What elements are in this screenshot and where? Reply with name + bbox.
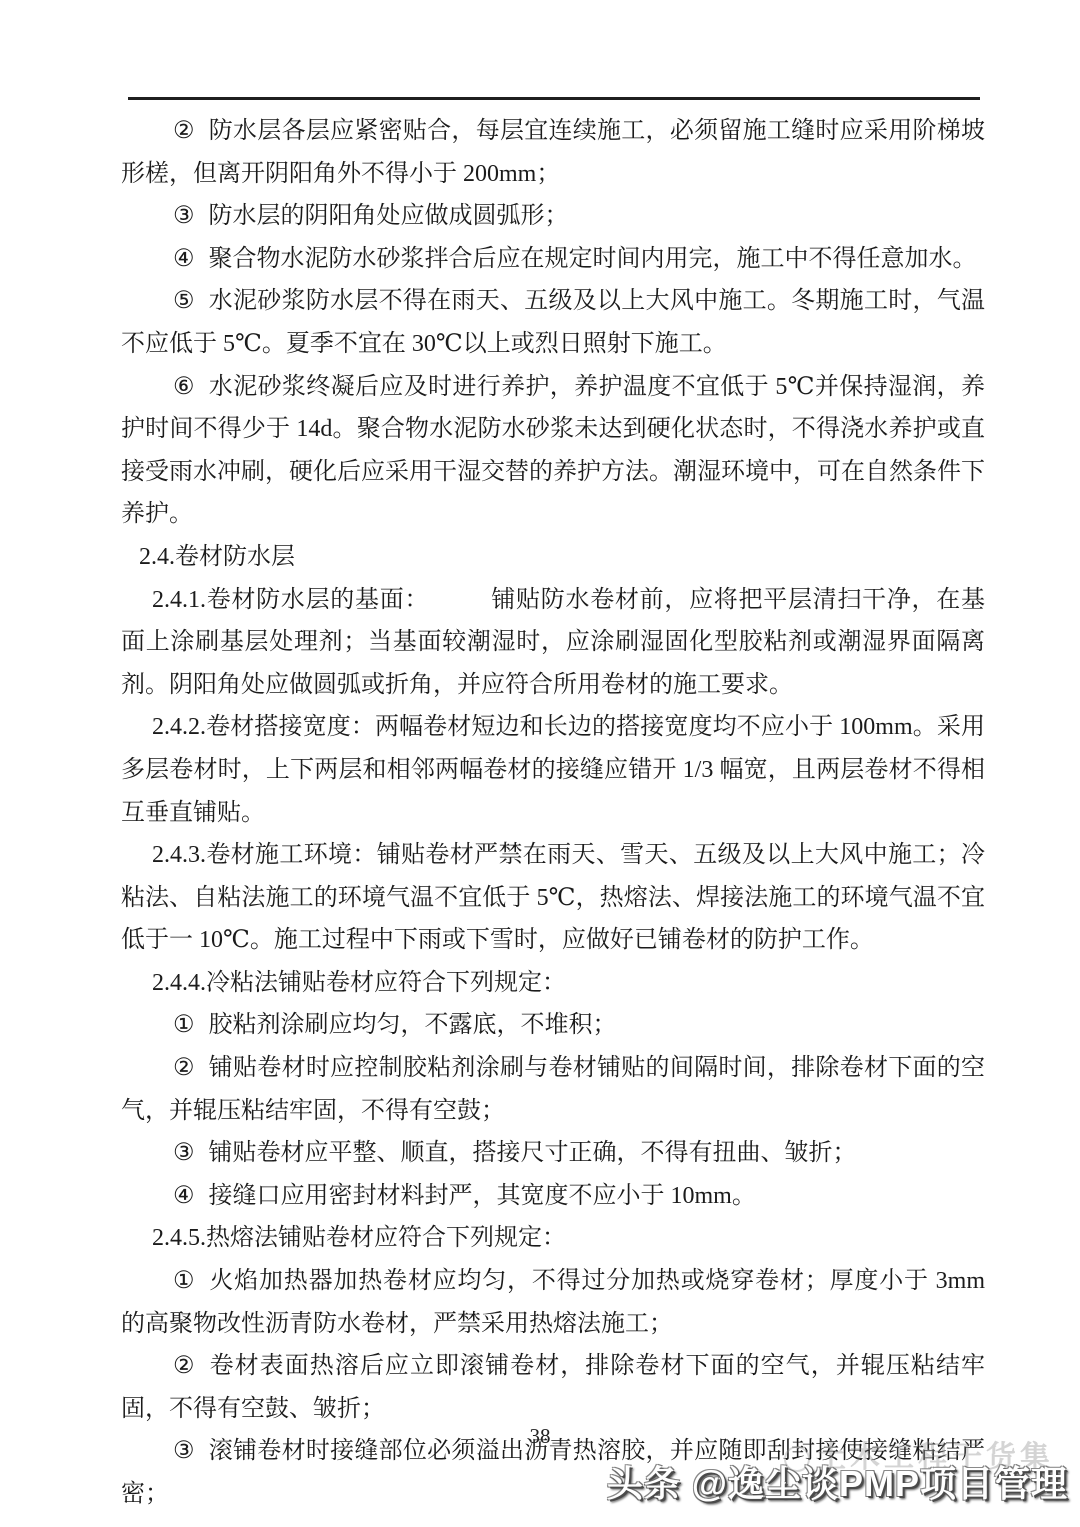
list-item-text: 胶粘剂涂刷应均匀，不露底，不堆积； [209, 1012, 617, 1038]
list-item-text: 接缝口应用密封材料封严，其宽度不应小于 10mm。 [209, 1183, 756, 1209]
list-marker: ③ [173, 1140, 195, 1166]
document-page: ②防水层各层应紧密贴合，每层宜连续施工，必须留施工缝时应采用阶梯坡形槎，但离开阴… [0, 0, 1080, 1527]
section-paragraph: 2.4.2.卷材搭接宽度：两幅卷材短边和长边的搭接宽度均不应小于 100mm。采… [121, 706, 985, 834]
list-item: ④聚合物水泥防水砂浆拌合后应在规定时间内用完，施工中不得任意加水。 [121, 238, 985, 281]
list-item-text: 聚合物水泥防水砂浆拌合后应在规定时间内用完，施工中不得任意加水。 [209, 246, 977, 272]
list-item-text: 铺贴卷材应平整、顺直，搭接尺寸正确，不得有扭曲、皱折； [209, 1140, 857, 1166]
document-body: ②防水层各层应紧密贴合，每层宜连续施工，必须留施工缝时应采用阶梯坡形槎，但离开阴… [121, 110, 985, 1516]
list-marker: ② [173, 1055, 195, 1081]
list-marker: ① [173, 1012, 195, 1038]
section-heading: 2.4.卷材防水层 [121, 536, 985, 579]
list-marker: ④ [173, 1183, 195, 1209]
list-marker: ④ [173, 246, 195, 272]
list-item: ③防水层的阴阳角处应做成圆弧形； [121, 195, 985, 238]
section-paragraph: 2.4.3.卷材施工环境：铺贴卷材严禁在雨天、雪天、五级及以上大风中施工；冷粘法… [121, 834, 985, 962]
section-paragraph: 2.4.1.卷材防水层的基面： 铺贴防水卷材前，应将把平层清扫干净，在基面上涂刷… [121, 579, 985, 707]
list-item: ⑥水泥砂浆终凝后应及时进行养护，养护温度不宜低于 5℃并保持湿润，养护时间不得少… [121, 366, 985, 536]
section-paragraph: 2.4.5.热熔法铺贴卷材应符合下列规定： [121, 1217, 985, 1260]
list-marker: ⑤ [173, 288, 195, 314]
list-marker: ② [173, 1353, 196, 1379]
list-item-text: 火焰加热器加热卷材应均匀，不得过分加热或烧穿卷材；厚度小于 3mm 的高聚物改性… [121, 1268, 985, 1337]
list-item: ④接缝口应用密封材料封严，其宽度不应小于 10mm。 [121, 1175, 985, 1218]
list-item-text: 水泥砂浆终凝后应及时进行养护，养护温度不宜低于 5℃并保持湿润，养护时间不得少于… [121, 374, 985, 528]
list-item: ①火焰加热器加热卷材应均匀，不得过分加热或烧穿卷材；厚度小于 3mm 的高聚物改… [121, 1260, 985, 1345]
list-item-text: 铺贴卷材时应控制胶粘剂涂刷与卷材铺贴的间隔时间，排除卷材下面的空气，并辊压粘结牢… [121, 1055, 985, 1124]
list-item-text: 防水层各层应紧密贴合，每层宜连续施工，必须留施工缝时应采用阶梯坡形槎，但离开阴阳… [121, 118, 985, 187]
list-item-text: 水泥砂浆防水层不得在雨天、五级及以上大风中施工。冬期施工时，气温不应低于 5℃。… [121, 288, 985, 357]
list-item: ③铺贴卷材应平整、顺直，搭接尺寸正确，不得有扭曲、皱折； [121, 1132, 985, 1175]
list-item: ②卷材表面热溶后应立即滚铺卷材，排除卷材下面的空气，并辊压粘结牢固，不得有空鼓、… [121, 1345, 985, 1430]
list-item: ⑤水泥砂浆防水层不得在雨天、五级及以上大风中施工。冬期施工时，气温不应低于 5℃… [121, 280, 985, 365]
list-marker: ② [173, 118, 195, 144]
list-marker: ① [173, 1268, 195, 1294]
list-item-text: 卷材表面热溶后应立即滚铺卷材，排除卷材下面的空气，并辊压粘结牢固，不得有空鼓、皱… [121, 1353, 985, 1422]
list-item-text: 防水层的阴阳角处应做成圆弧形； [209, 203, 569, 229]
list-item: ①胶粘剂涂刷应均匀，不露底，不堆积； [121, 1004, 985, 1047]
list-marker: ③ [173, 203, 195, 229]
section-paragraph: 2.4.4.冷粘法铺贴卷材应符合下列规定： [121, 962, 985, 1005]
header-rule [128, 97, 980, 100]
list-item: ②防水层各层应紧密贴合，每层宜连续施工，必须留施工缝时应采用阶梯坡形槎，但离开阴… [121, 110, 985, 195]
list-item: ②铺贴卷材时应控制胶粘剂涂刷与卷材铺贴的间隔时间，排除卷材下面的空气，并辊压粘结… [121, 1047, 985, 1132]
list-marker: ⑥ [173, 374, 195, 400]
toutiao-watermark: 头条 @逸尘谈PMP项目管理 [607, 1456, 1068, 1507]
